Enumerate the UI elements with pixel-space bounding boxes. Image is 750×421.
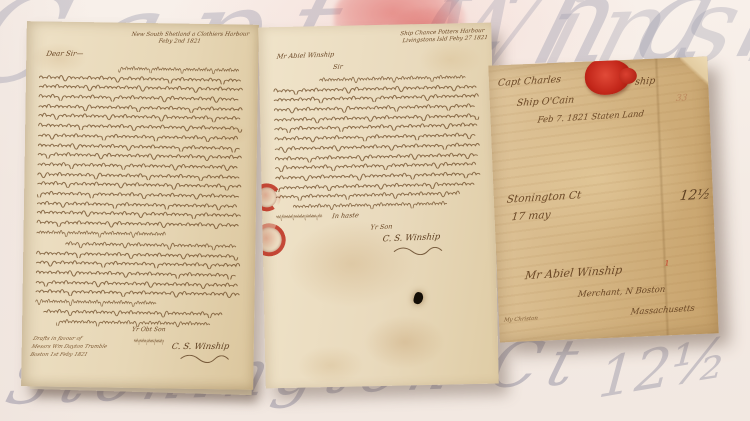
middle-letter-closing-1: In haste [332, 211, 360, 220]
docket-line-2: Messrs Wm Dayton Trumble [30, 343, 108, 351]
handwriting-line [276, 210, 322, 221]
address-state: Massachusetts [630, 304, 695, 318]
handwriting-line [134, 335, 164, 345]
postmark-date: 17 may [511, 209, 551, 223]
handwriting-line [293, 197, 448, 210]
address-recipient: Mr Abiel Winship [524, 263, 623, 282]
handwriting-line [37, 226, 166, 238]
burn-hole [413, 291, 425, 305]
docket-line-3: Boston 1st Feby 1821 [29, 351, 107, 359]
left-letter-closing: Yr Obt Son [131, 326, 166, 333]
left-letter-body-paragraph1 [37, 61, 248, 239]
left-letter-body-paragraph2 [35, 237, 244, 327]
left-signature-flourish [180, 355, 232, 364]
leaf-corner-note: My Christon [504, 316, 539, 324]
middle-letter: Ship Chance Potters Harbour Livingstons … [258, 23, 499, 389]
leaf-corner-number: 33 [675, 93, 688, 104]
leaf-ship-name: Ship O'Cain [516, 95, 575, 109]
left-letter-salutation: Dear Sir— [46, 50, 84, 58]
background-script-bottom-right: 12½ [596, 326, 730, 412]
postal-rate: 12½ [679, 186, 711, 204]
left-letter-signature: C. S. Winship [171, 342, 230, 352]
red-check-mark: 1 [664, 259, 669, 267]
middle-signature-flourish [393, 247, 445, 256]
address-leaf: Capt Charles ship Ship O'Cain Feb 7. 182… [488, 57, 718, 343]
leaf-captain-name: Capt Charles [497, 74, 561, 89]
middle-letter-closing-2: Yr Son [370, 223, 393, 232]
corner-fold [680, 57, 709, 93]
middle-letter-signature: C. S. Winship [382, 232, 441, 244]
left-letter-dateline-place: New South Shetland a Clothiers Harbour [131, 32, 250, 38]
middle-letter-addressee: Mr Abiel Winship [276, 50, 335, 60]
left-letter-dateline-date: Feby 2nd 1821 [158, 39, 201, 45]
docket-line-1: Drafts in favour of [32, 335, 110, 343]
left-letter-docket: Drafts in favour of Messrs Wm Dayton Tru… [30, 335, 109, 359]
postmark-town: Stonington Ct [506, 189, 582, 205]
leaf-date-place: Feb 7. 1821 Staten Land [537, 109, 645, 125]
middle-letter-body [273, 71, 485, 221]
left-letter-closing-scribble [134, 335, 164, 345]
address-occupation-city: Merchant, N Boston [577, 285, 666, 300]
photo-of-1821-winship-letters: Capt Charles Winship Stonington Ct 12½ N… [0, 0, 750, 421]
wax-seal-ring-remnant-2 [258, 219, 290, 261]
left-letter: New South Shetland a Clothiers Harbour F… [21, 21, 259, 390]
leaf-captain-name-cont: ship [634, 76, 655, 88]
middle-letter-salutation: Sir [333, 63, 344, 71]
